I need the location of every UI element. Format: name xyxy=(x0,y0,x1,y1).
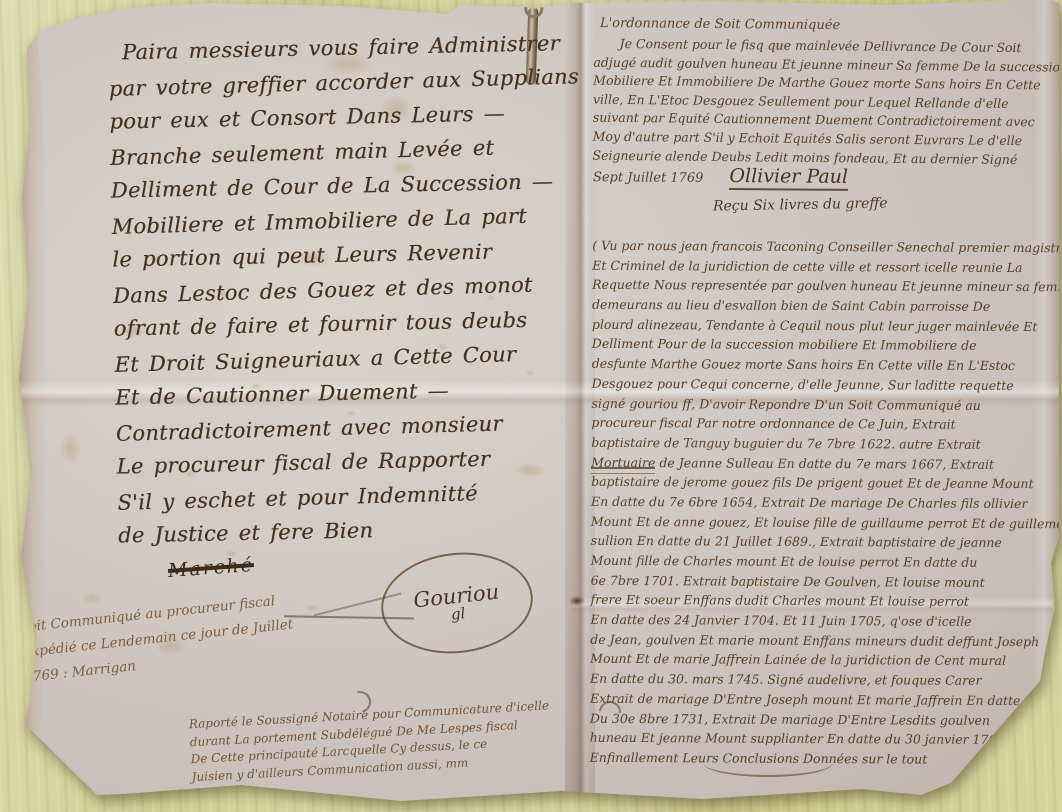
handwritten-line: Mount Et de marie Jaffrein Lainée de la … xyxy=(590,649,1052,671)
handwritten-line: 6e 7bre 1701. Extrait baptistaire De Gou… xyxy=(591,570,1053,592)
handwritten-line: baptistaire de Tanguy buguier du 7e 7bre… xyxy=(591,433,1053,455)
handwritten-line: procureur fiscal Par notre ordonnance de… xyxy=(591,413,1053,435)
handwritten-line: Mount fille de Charles mount Et de louis… xyxy=(591,551,1053,573)
handwritten-line: Desgouez pour Cequi concerne, d'elle Jeu… xyxy=(592,374,1054,396)
handwritten-line: Delliment Pour de la succession mobilier… xyxy=(592,334,1054,356)
handwritten-line: Requette Nous representée par goulven hu… xyxy=(592,275,1054,297)
date-text: Sept Juillet 1769 xyxy=(593,170,704,186)
ollivier-signature: Ollivier Paul xyxy=(729,165,848,191)
handwritten-line: de Jean, goulven Et marie mount Enffans … xyxy=(590,630,1052,652)
signature-initials: gl xyxy=(450,604,466,623)
handwritten-line: Extrait de mariage D'Entre Joseph mount … xyxy=(590,689,1052,711)
manuscript-paper: Paira messieurs vous faire Administrerpa… xyxy=(13,0,1059,812)
handwritten-line: En datte des 24 Janvier 1704. Et 11 Juin… xyxy=(590,610,1052,632)
petition-text: Paira messieurs vous faire Administrerpa… xyxy=(108,26,559,553)
paper-shadow-wrap: Paira messieurs vous faire Administrerpa… xyxy=(13,0,1059,812)
fee-note: Reçu Six livres du greffe xyxy=(713,195,888,214)
handwritten-line: Mortuaire de Jeanne Sulleau En datte du … xyxy=(591,452,1053,474)
ordonnance-heading: L'ordonnance de Soit Communiquée xyxy=(600,16,840,33)
handwritten-line: signé gouriou ff, D'avoir Repondre D'un … xyxy=(591,393,1053,415)
consent-paragraph: Je Consent pour le fisq que mainlevée De… xyxy=(592,35,1048,170)
handwritten-line: Mount Et de anne gouez, Et louise fille … xyxy=(591,511,1053,533)
handwritten-line: demeurans au lieu d'esvallon bien de Sai… xyxy=(592,295,1054,317)
handwritten-line: baptistaire de jerome gouez fils De prig… xyxy=(591,472,1053,494)
handwritten-line: En datte du 30. mars 1745. Signé audeliv… xyxy=(590,669,1052,691)
handwritten-line: En datte du 7e 6bre 1654, Extrait De mar… xyxy=(591,492,1053,514)
handwritten-line: ( Vu par nous jean francois Taconing Con… xyxy=(592,236,1054,258)
handwritten-line: sullion En datte du 21 Juillet 1689., Ex… xyxy=(591,531,1053,553)
handwritten-line: Et Criminel de la juridiction de cette v… xyxy=(592,255,1054,277)
handwritten-line: desfunte Marthe Gouez morte Sans hoirs E… xyxy=(592,354,1054,376)
handwritten-line: Du 30e 8bre 1731, Extrait De mariage D'E… xyxy=(590,708,1052,730)
handwritten-line: frere Et soeur Enffans dudit Charles mou… xyxy=(590,590,1052,612)
flourish-arc xyxy=(703,749,833,777)
date-and-signature-row: Sept Juillet 1769Ollivier Paul xyxy=(593,164,848,188)
handwritten-line: plourd alinezeau, Tendante à Cequil nous… xyxy=(592,315,1054,337)
mortuaire-underline xyxy=(591,467,655,474)
handwritten-line: huneau Et jeanne Mount supplianter En da… xyxy=(590,728,1052,750)
judgment-paragraph: ( Vu par nous jean francois Taconing Con… xyxy=(590,236,1055,770)
manuscript-photo: Paira messieurs vous faire Administrerpa… xyxy=(0,0,1062,812)
